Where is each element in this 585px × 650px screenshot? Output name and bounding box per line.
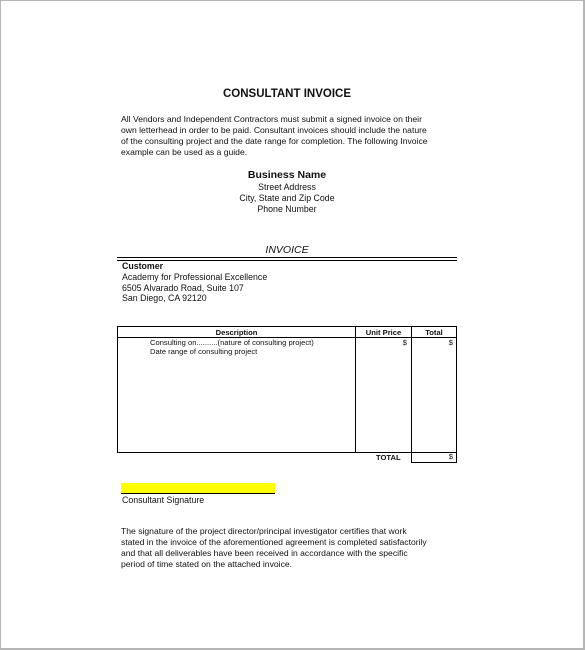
business-street: Street Address bbox=[1, 182, 573, 192]
intro-line: own letterhead in order to be paid. Cons… bbox=[121, 125, 461, 136]
row-total: $ bbox=[412, 338, 453, 347]
header-total: Total bbox=[412, 328, 456, 337]
invoice-heading: INVOICE bbox=[117, 244, 457, 256]
invoice-table: Description Unit Price Total Consulting … bbox=[117, 326, 457, 453]
business-phone: Phone Number bbox=[1, 204, 573, 214]
header-unit-price: Unit Price bbox=[356, 328, 411, 337]
business-name: Business Name bbox=[1, 169, 573, 181]
certification-line: stated in the invoice of the aforementio… bbox=[121, 537, 461, 548]
total-value: $ bbox=[412, 452, 456, 462]
intro-paragraph: All Vendors and Independent Contractors … bbox=[121, 114, 461, 158]
intro-line: example can be used as a guide. bbox=[121, 147, 461, 158]
customer-city: San Diego, CA 92120 bbox=[122, 293, 267, 304]
certification-line: and that all deliverables have been rece… bbox=[121, 548, 461, 559]
certification-line: The signature of the project director/pr… bbox=[121, 526, 461, 537]
customer-label: Customer bbox=[122, 261, 267, 272]
customer-address: 6505 Alvarado Road, Suite 107 bbox=[122, 283, 267, 294]
document-page: CONSULTANT INVOICE All Vendors and Indep… bbox=[0, 0, 585, 650]
certification-paragraph: The signature of the project director/pr… bbox=[121, 526, 461, 570]
document-title: CONSULTANT INVOICE bbox=[1, 88, 573, 100]
total-label: TOTAL bbox=[376, 453, 401, 462]
intro-line: All Vendors and Independent Contractors … bbox=[121, 114, 461, 125]
row-description: Date range of consulting project bbox=[150, 347, 257, 356]
signature-label: Consultant Signature bbox=[122, 495, 204, 505]
business-city-state-zip: City, State and Zip Code bbox=[1, 193, 573, 203]
certification-line: period of time stated on the attached in… bbox=[121, 559, 461, 570]
row-unit-price: $ bbox=[356, 338, 407, 347]
row-description: Consulting on..........(nature of consul… bbox=[150, 338, 314, 347]
total-box: $ bbox=[411, 452, 457, 463]
intro-line: of the consulting project and the date r… bbox=[121, 136, 461, 147]
signature-field[interactable] bbox=[121, 483, 275, 494]
header-description: Description bbox=[118, 328, 355, 337]
customer-block: Customer Academy for Professional Excell… bbox=[122, 261, 267, 304]
customer-name: Academy for Professional Excellence bbox=[122, 272, 267, 283]
